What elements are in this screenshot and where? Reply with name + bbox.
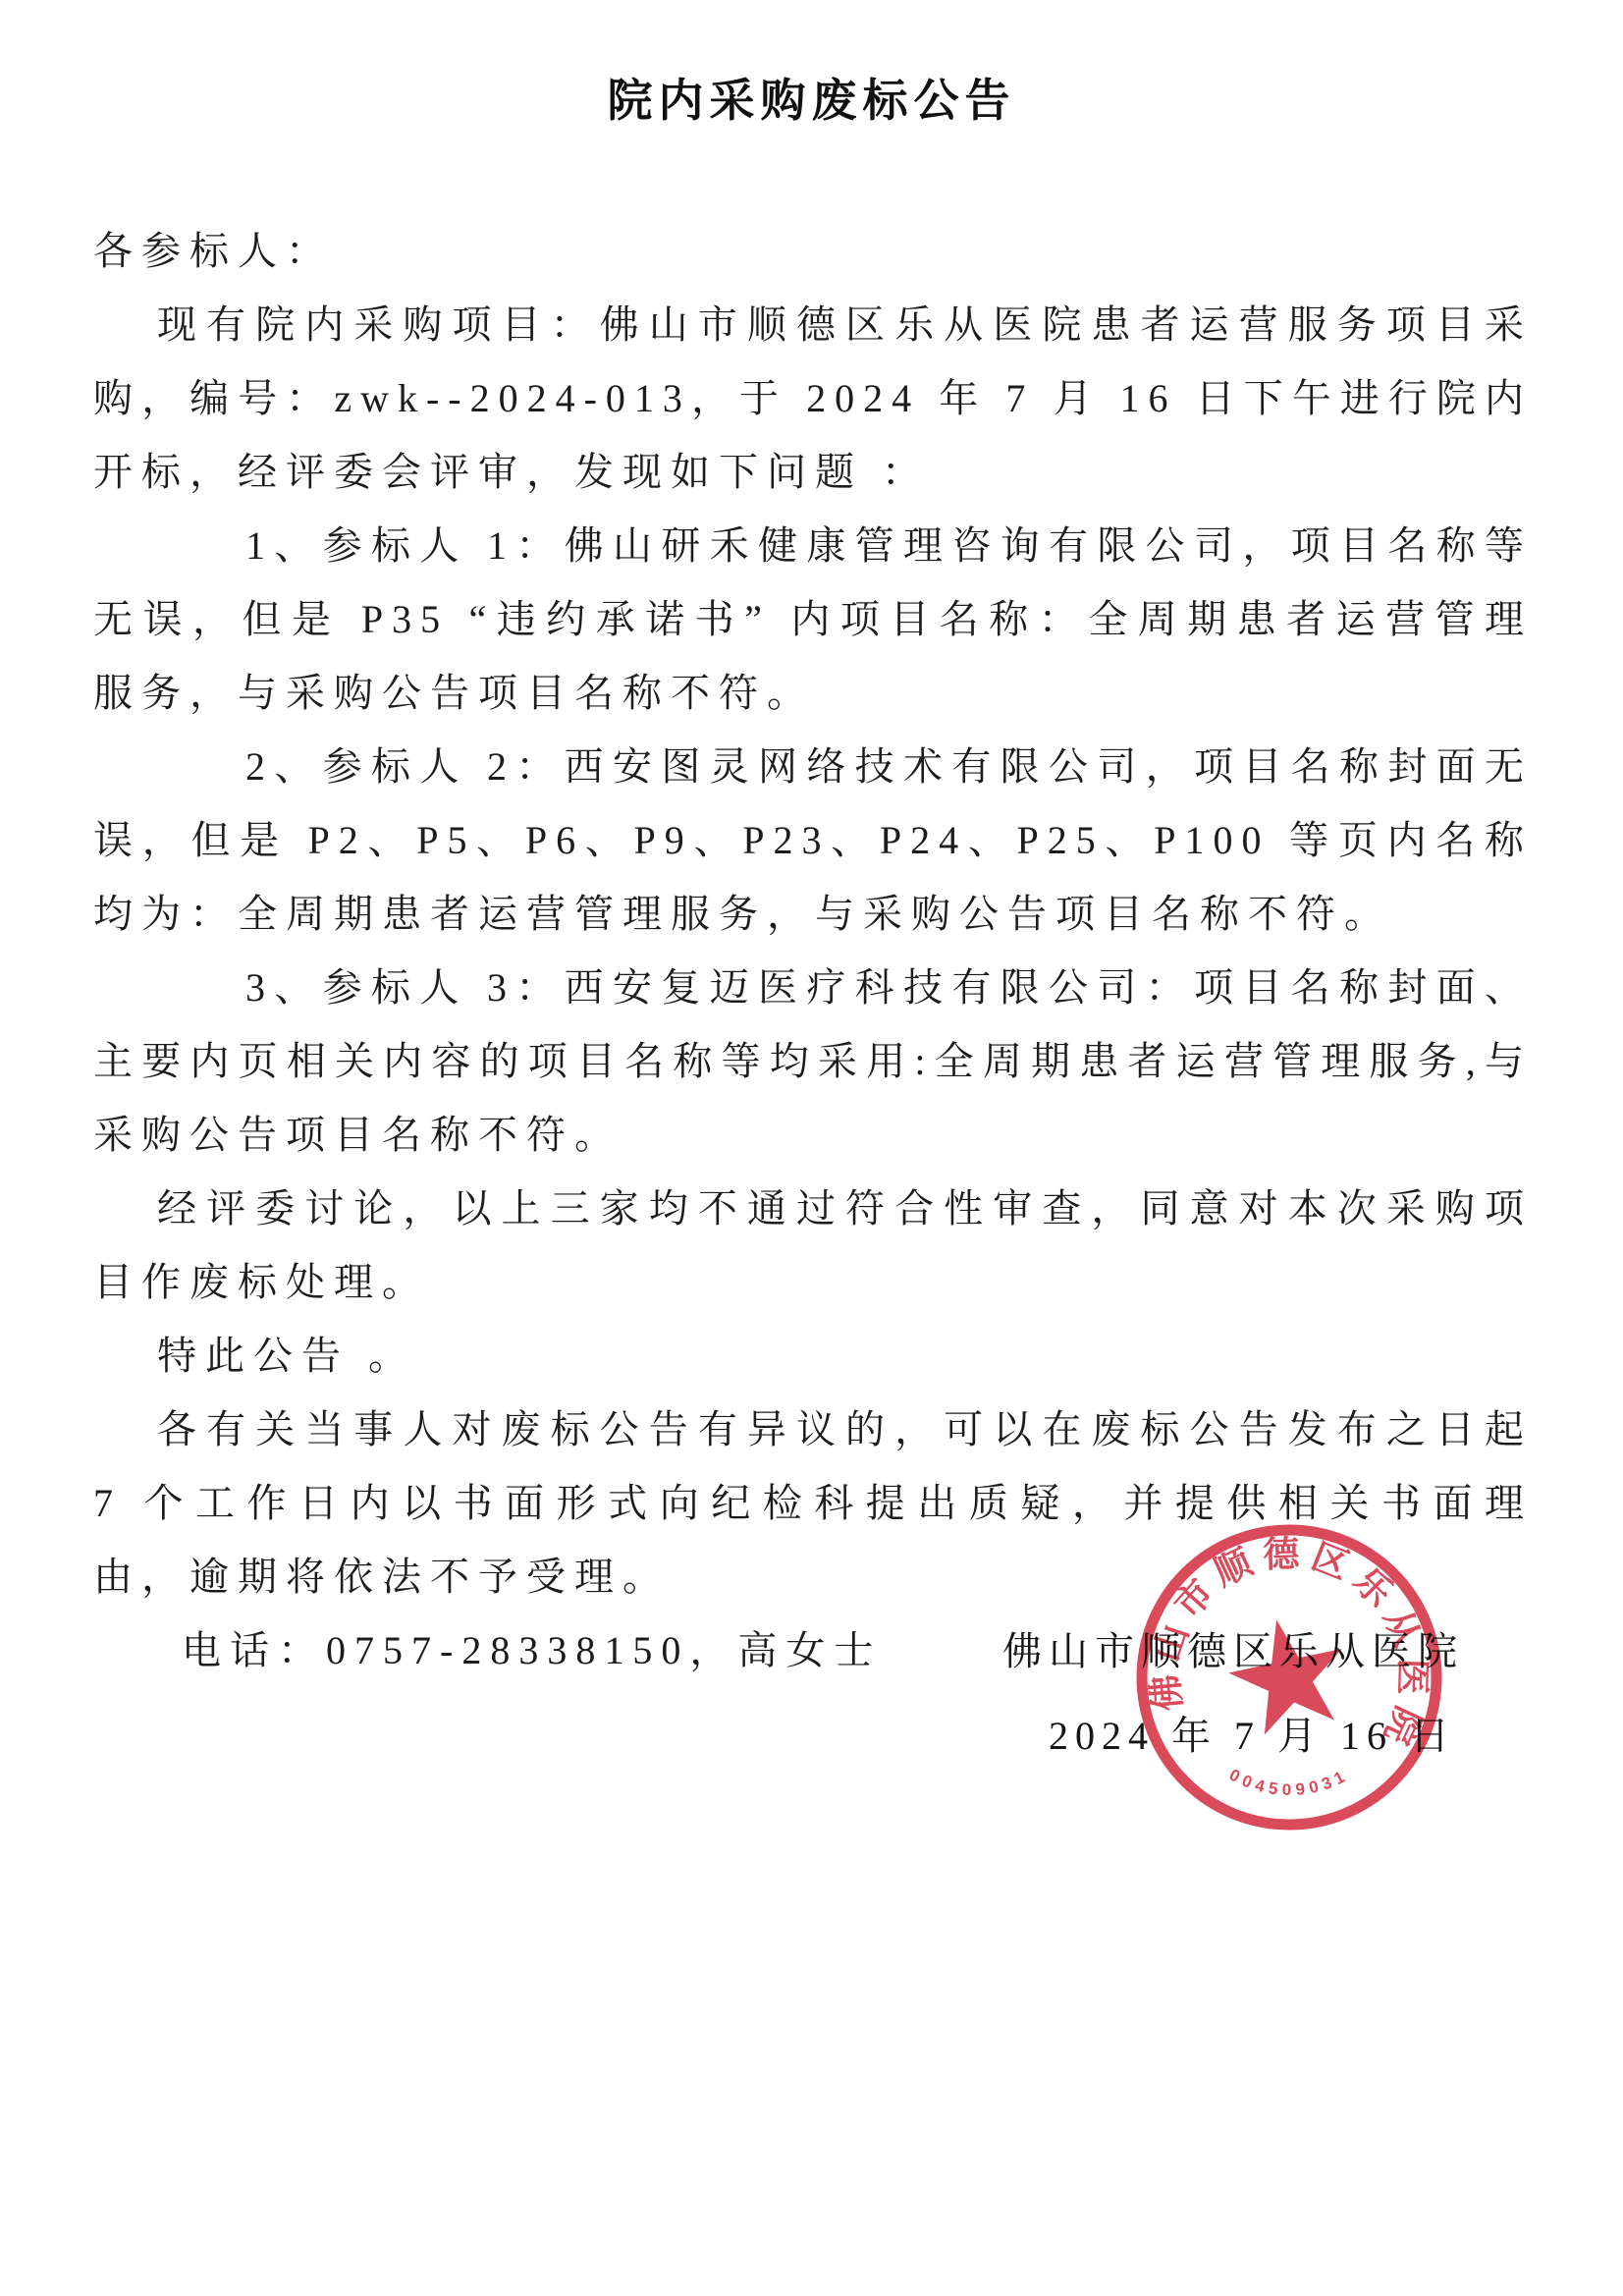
paragraph-announcement: 特此公告 。: [93, 1319, 1533, 1393]
salutation: 各参标人：: [93, 214, 1533, 288]
document-title: 院内采购废标公告: [0, 65, 1623, 130]
svg-text:004509031: 004509031: [1226, 1766, 1352, 1799]
seal-serial-number: 004509031: [1226, 1766, 1352, 1799]
document-body: 各参标人： 现有院内采购项目：佛山市顺德区乐从医院患者运营服务项目采购，编号：z…: [93, 214, 1533, 1687]
paragraph-bidder-2: 2、参标人 2：西安图灵网络技术有限公司，项目名称封面无误，但是 P2、P5、P…: [93, 730, 1533, 951]
paragraph-bidder-1: 1、参标人 1：佛山研禾健康管理咨询有限公司，项目名称等无误，但是 P35 “违…: [93, 509, 1533, 730]
paragraph-project-info: 现有院内采购项目：佛山市顺德区乐从医院患者运营服务项目采购，编号：zwk--20…: [93, 288, 1533, 509]
document-page: 院内采购废标公告 各参标人： 现有院内采购项目：佛山市顺德区乐从医院患者运营服务…: [0, 0, 1623, 2296]
seal-star-icon: [1219, 1608, 1356, 1739]
paragraph-bidder-3: 3、参标人 3：西安复迈医疗科技有限公司：项目名称封面、主要内页相关内容的项目名…: [93, 951, 1533, 1172]
official-seal: 佛山市顺德区乐从医院 004509031: [1122, 1510, 1456, 1844]
paragraph-conclusion: 经评委讨论，以上三家均不通过符合性审查，同意对本次采购项目作废标处理。: [93, 1172, 1533, 1319]
